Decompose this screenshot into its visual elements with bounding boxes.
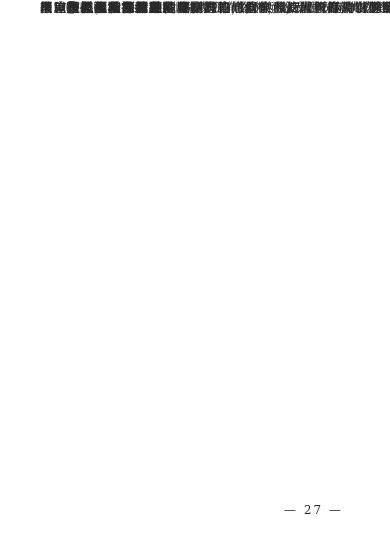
document-page: 移动源减排措施：①在落实Ⅲ级应急响应措施的基础上，增加公共交通运力，保障市民出行… xyxy=(0,0,390,551)
page-number: — 27 — xyxy=(284,503,343,517)
text-line: 措施。 xyxy=(40,0,352,16)
